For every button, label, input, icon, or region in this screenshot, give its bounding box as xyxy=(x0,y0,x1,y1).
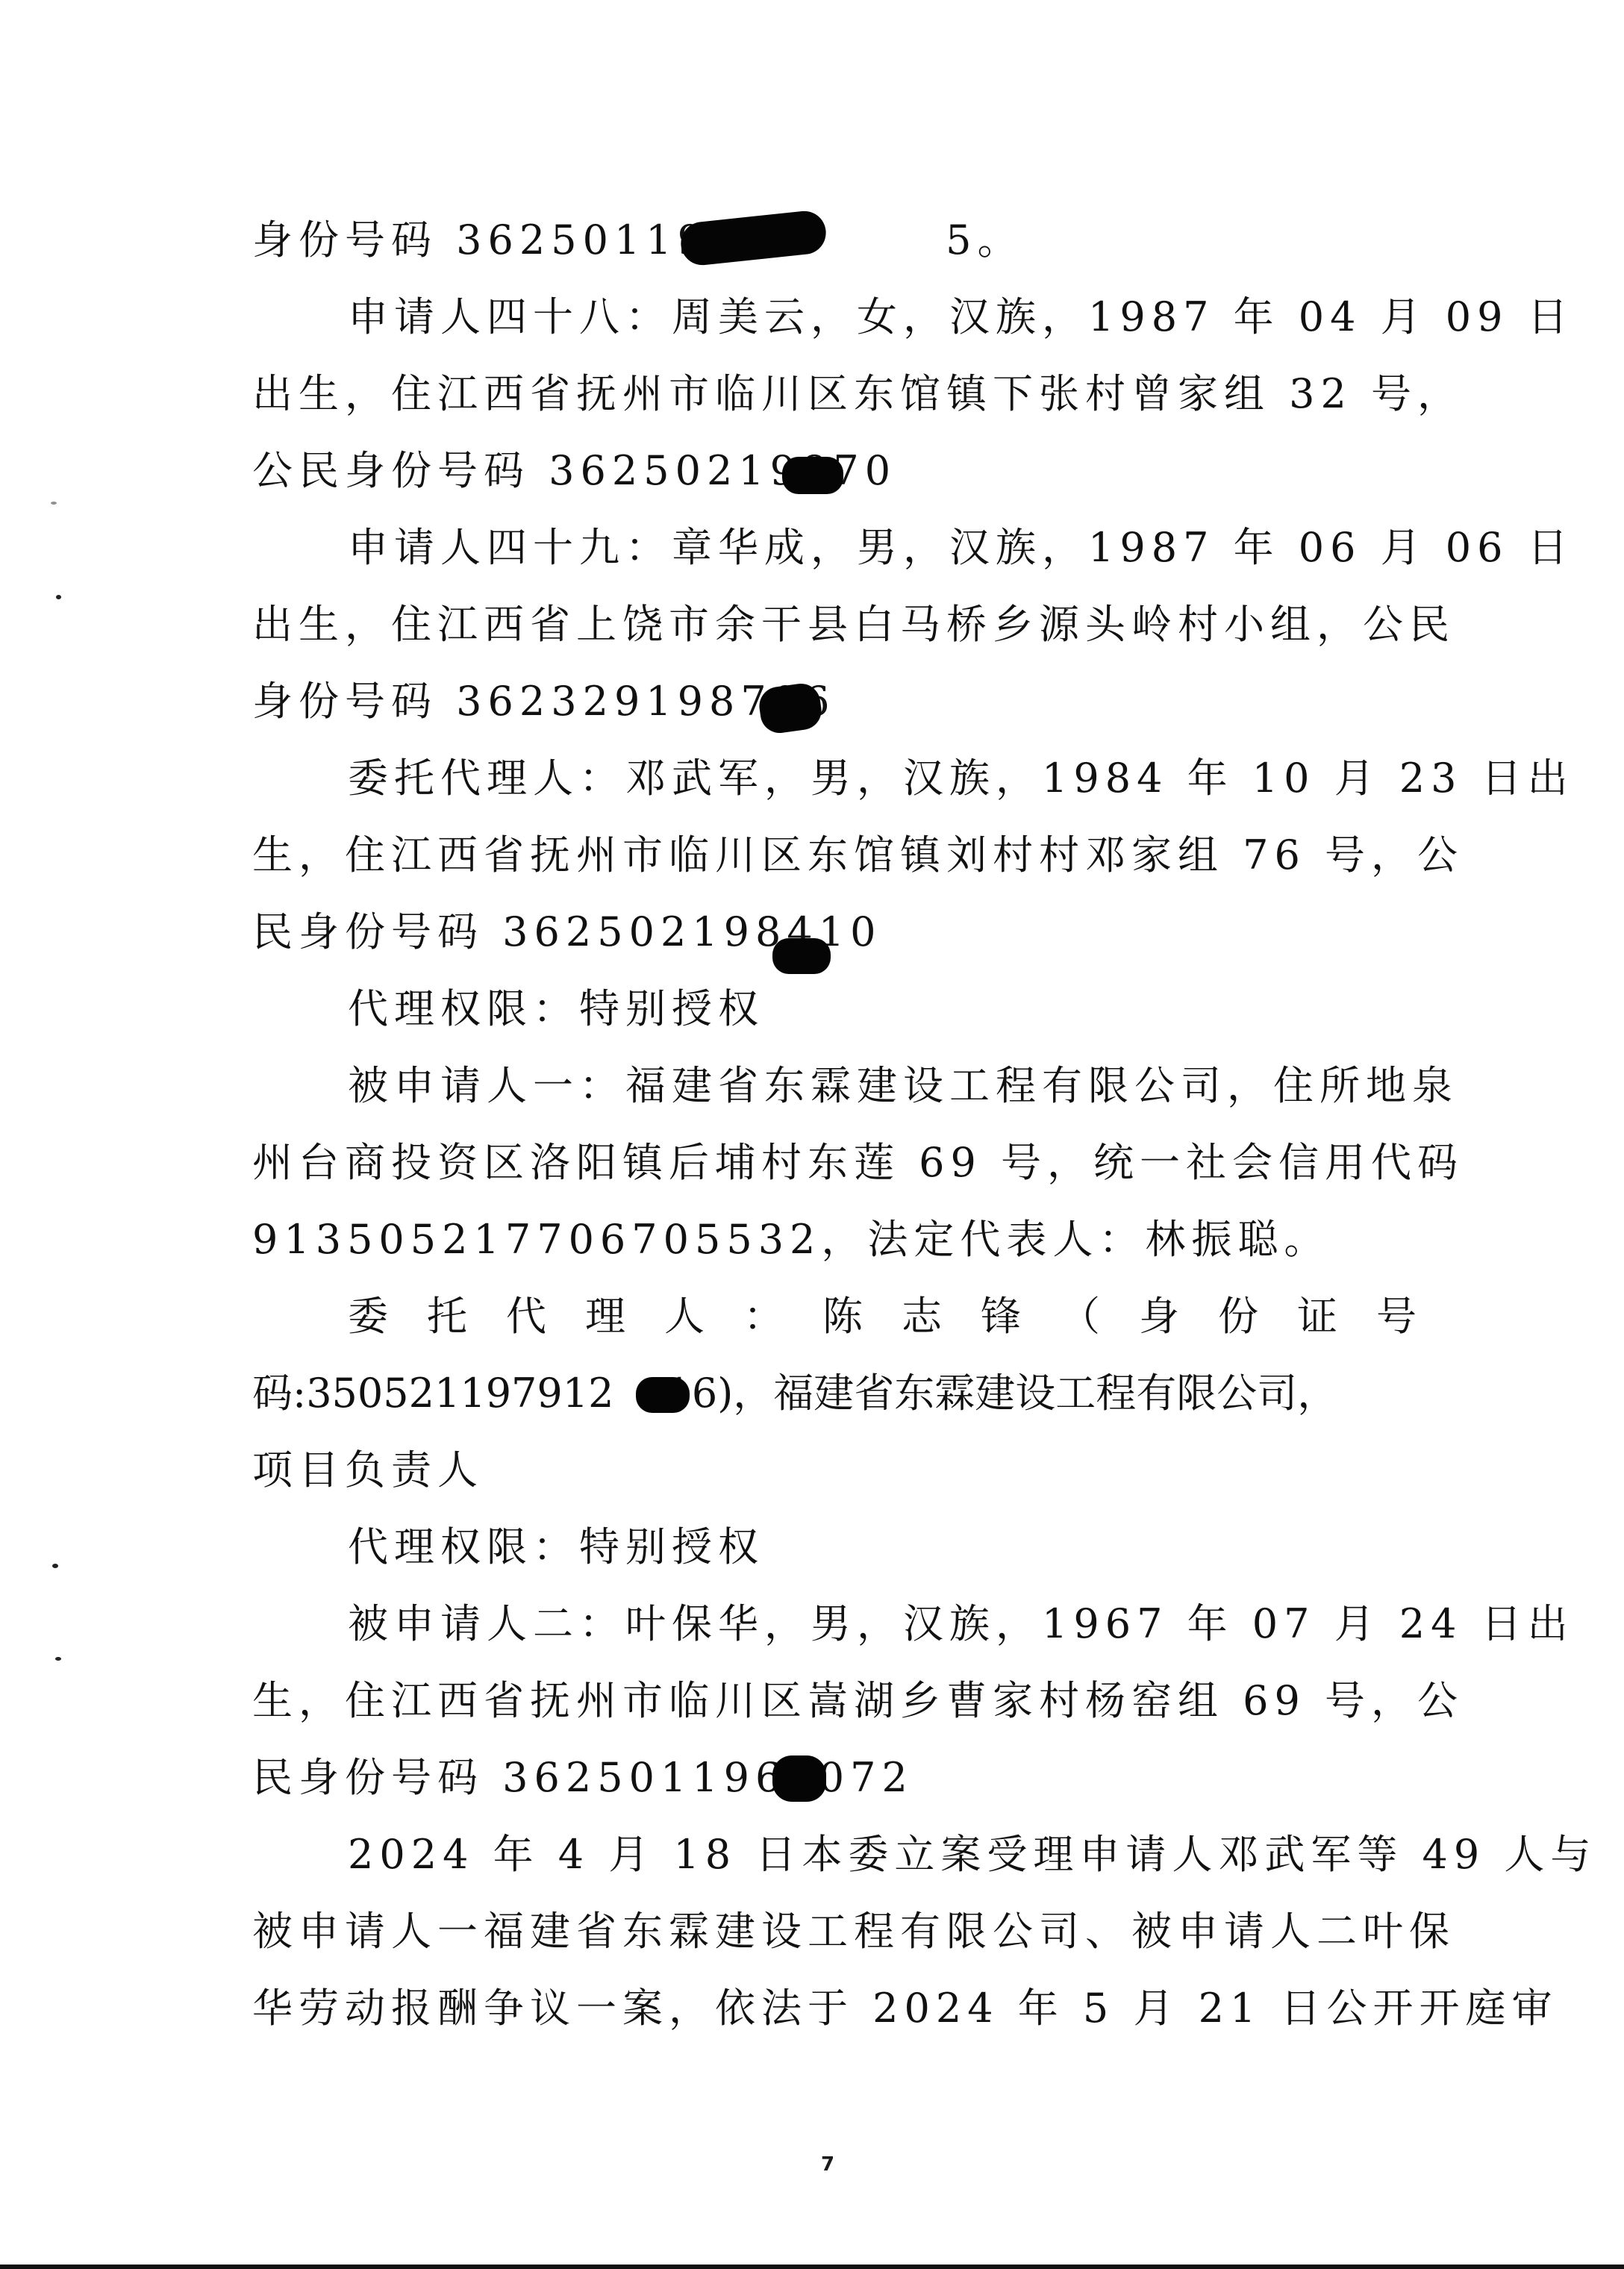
respondent-2-line-1: 被申请人二：叶保华，男，汉族，1967 年 07 月 24 日出 xyxy=(348,1594,1402,1654)
applicant-48-line-1: 申请人四十八：周美云，女，汉族，1987 年 04 月 09 日 xyxy=(348,287,1402,347)
redaction-mark xyxy=(772,938,831,974)
agent-1-line-1: 委托代理人：邓武军，男，汉族，1984 年 10 月 23 日出 xyxy=(348,749,1402,808)
agent-2-line-2: 码:35052119791216)，福建省东霖建设工程有限公司， xyxy=(252,1364,1402,1423)
agent-1-line-2: 生，住江西省抚州市临川区东馆镇刘村村邓家组 76 号，公 xyxy=(252,825,1402,885)
scan-bottom-edge xyxy=(0,2265,1624,2269)
redaction-mark xyxy=(772,1755,826,1802)
respondent-2-line-3: 民身份号码 3625011967072 xyxy=(252,1748,1402,1808)
applicant-49-line-1: 申请人四十九：章华成，男，汉族，1987 年 06 月 06 日 xyxy=(348,518,1402,578)
applicant-48-line-2: 出生，住江西省抚州市临川区东馆镇下张村曾家组 32 号， xyxy=(252,364,1402,424)
redaction-mark xyxy=(782,457,843,494)
scan-speck xyxy=(56,595,61,599)
respondent-1-line-3: 913505217706705532，法定代表人：林振聪。 xyxy=(252,1210,1402,1270)
page-number: 7 xyxy=(821,2153,834,2176)
applicant-49-line-3: 身份号码 362329198706 xyxy=(252,672,1402,731)
text-line-id-number-tail: 身份号码 362501197205。 xyxy=(252,210,1402,270)
agent-2-id-suffix: 16)，福建省东霖建设工程有限公司， xyxy=(666,1370,1337,1417)
id-number-suffix: 5。 xyxy=(946,216,1023,263)
authority-1: 代理权限：特别授权 xyxy=(348,979,1402,1039)
case-intro-line-2: 被申请人一福建省东霖建设工程有限公司、被申请人二叶保 xyxy=(252,1902,1402,1961)
document-page: 身份号码 362501197205。 申请人四十八：周美云，女，汉族，1987 … xyxy=(0,0,1624,2269)
respondent-1-line-2: 州台商投资区洛阳镇后埔村东莲 69 号，统一社会信用代码 xyxy=(252,1133,1402,1193)
case-intro-line-3: 华劳动报酬争议一案，依法于 2024 年 5 月 21 日公开开庭审 xyxy=(252,1979,1402,2038)
agent-2-line-3: 项目负责人 xyxy=(252,1441,1402,1500)
authority-2: 代理权限：特别授权 xyxy=(348,1517,1402,1577)
redaction-mark xyxy=(636,1377,690,1413)
respondent-1-line-1: 被申请人一：福建省东霖建设工程有限公司，住所地泉 xyxy=(348,1056,1402,1116)
scan-speck xyxy=(55,1657,61,1661)
scan-speck xyxy=(52,1564,58,1568)
respondent-2-line-2: 生，住江西省抚州市临川区嵩湖乡曹家村杨窑组 69 号，公 xyxy=(252,1671,1402,1731)
agent-2-id-prefix: 码:350521197912 xyxy=(252,1370,613,1417)
applicant-49-line-2: 出生，住江西省上饶市余干县白马桥乡源头岭村小组，公民 xyxy=(252,595,1402,655)
agent-2-line-1: 委托代理人：陈志锋（身份证号 xyxy=(348,1287,1402,1346)
scan-speck xyxy=(51,502,57,505)
case-intro-line-1: 2024 年 4 月 18 日本委立案受理申请人邓武军等 49 人与 xyxy=(348,1825,1402,1885)
